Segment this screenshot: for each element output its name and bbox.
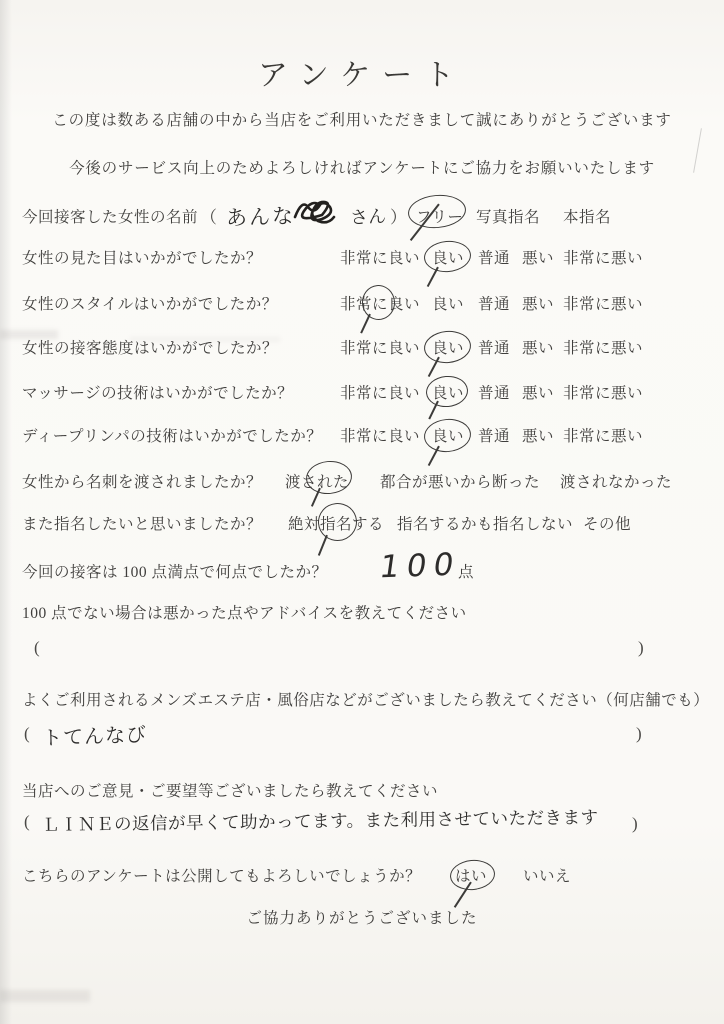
option-normal: 普通: [478, 336, 510, 358]
handwritten-shops: トてんなび: [42, 718, 148, 751]
question-label: 当店へのご意見・ご要望等ございましたら教えてください: [22, 779, 438, 801]
option-bad: 悪い: [522, 424, 554, 446]
option-good: 良い: [432, 292, 464, 314]
close-paren: ): [632, 814, 638, 834]
option-no-nominate: 指名しない: [493, 512, 573, 534]
option-very-good: 非常に良い: [340, 292, 420, 314]
option-good: 良い: [432, 424, 464, 446]
option-normal: 普通: [478, 292, 510, 314]
question-label: 今回接客した女性の名前: [22, 205, 198, 227]
rating-row-deep-lymph: ディープリンパの技術はいかがでしたか？ 非常に良い 良い 普通 悪い 非常に悪い: [0, 424, 724, 448]
question-label: マッサージの技術はいかがでしたか？: [22, 381, 293, 403]
option-definitely-nominate: 絶対指名する: [288, 512, 384, 534]
option-normal: 普通: [478, 381, 510, 403]
scan-smudge: [0, 990, 90, 1002]
question-label: 今回の接客は 100 点満点で何点でしたか？: [22, 560, 328, 582]
rating-row-attitude: 女性の接客態度はいかがでしたか？ 非常に良い 良い 普通 悪い 非常に悪い: [0, 336, 724, 360]
option-good: 良い: [432, 336, 464, 358]
handwritten-score: 100: [377, 547, 463, 586]
close-paren: ): [636, 724, 642, 744]
question-label: また指名したいと思いましたか？: [22, 512, 262, 534]
option-photo-nomination: 写真指名: [476, 205, 540, 227]
question-label: 100 点でない場合は悪かった点やアドバイスを教えてください: [22, 601, 467, 623]
question-label: 女性から名刺を渡されましたか？: [22, 470, 262, 492]
open-paren: （: [200, 203, 218, 228]
option-received: 渡された: [285, 470, 349, 492]
option-very-good: 非常に良い: [340, 246, 420, 268]
option-very-bad: 非常に悪い: [563, 292, 643, 314]
option-very-good: 非常に良い: [340, 336, 420, 358]
rebook-row: また指名したいと思いましたか？ 絶対指名する 指名するかも 指名しない その他: [0, 512, 724, 536]
publish-row: こちらのアンケートは公開してもよろしいでしょうか？ はい いいえ: [0, 864, 724, 888]
handwritten-name: あんな: [225, 200, 295, 232]
option-very-bad: 非常に悪い: [563, 246, 643, 268]
shops-label-row: よくご利用されるメンズエステ店・風俗店などがございましたら教えてください（何店舗…: [0, 688, 724, 712]
business-card-row: 女性から名刺を渡されましたか？ 渡された 都合が悪いから断った 渡されなかった: [0, 470, 724, 494]
option-bad: 悪い: [522, 381, 554, 403]
option-free: フリー: [416, 205, 463, 227]
question-label: よくご利用されるメンズエステ店・風俗店などがございましたら教えてください（何店舗…: [22, 688, 709, 710]
advice-label-row: 100 点でない場合は悪かった点やアドバイスを教えてください: [0, 601, 724, 625]
option-declined: 都合が悪いから断った: [380, 470, 540, 492]
question-label: 女性の接客態度はいかがでしたか？: [22, 336, 278, 358]
handwritten-feedback: ＬＩＮＥの返信が早くて助かってます。また利用させていただきます: [42, 804, 599, 837]
score-row: 今回の接客は 100 点満点で何点でしたか？ 100 点: [0, 560, 724, 584]
feedback-label-row: 当店へのご意見・ご要望等ございましたら教えてください: [0, 779, 724, 803]
page-title: アンケート: [0, 50, 724, 94]
pen-tail: [428, 446, 440, 466]
question-label: 女性のスタイルはいかがでしたか？: [22, 292, 278, 314]
rating-row-looks: 女性の見た目はいかがでしたか？ 非常に良い 良い 普通 悪い 非常に悪い: [0, 246, 724, 270]
option-other: その他: [583, 512, 631, 534]
rating-row-massage: マッサージの技術はいかがでしたか？ 非常に良い 良い 普通 悪い 非常に悪い: [0, 381, 724, 405]
option-no: いいえ: [523, 864, 571, 886]
option-very-bad: 非常に悪い: [563, 381, 643, 403]
open-paren: (: [24, 812, 30, 832]
open-paren: (: [24, 724, 30, 744]
close-paren: ): [638, 638, 644, 658]
survey-scan: アンケート この度は数ある店舗の中から当店をご利用いただきまして誠にありがとうご…: [0, 0, 724, 1024]
intro-line-1: この度は数ある店舗の中から当店をご利用いただきまして誠にありがとうございます: [0, 108, 724, 130]
closing-thanks: ご協力ありがとうございました: [0, 906, 724, 928]
option-bad: 悪い: [522, 246, 554, 268]
pen-tail: [360, 314, 370, 334]
feedback-answer-row: ( ＬＩＮＥの返信が早くて助かってます。また利用させていただきます ): [0, 808, 724, 832]
question-label: 女性の見た目はいかがでしたか？: [22, 246, 262, 268]
intro-line-2: 今後のサービス向上のためよろしければアンケートにご協力をお願いいたします: [0, 156, 724, 178]
question-label: こちらのアンケートは公開してもよろしいでしょうか？: [22, 864, 421, 886]
option-bad: 悪い: [522, 292, 554, 314]
question-label: ディープリンパの技術はいかがでしたか？: [22, 424, 322, 446]
pen-tail: [318, 535, 328, 556]
option-normal: 普通: [478, 246, 510, 268]
option-normal: 普通: [478, 424, 510, 446]
option-yes: はい: [455, 864, 487, 886]
score-unit: 点: [458, 560, 474, 582]
option-very-good: 非常に良い: [340, 424, 420, 446]
option-very-bad: 非常に悪い: [563, 336, 643, 358]
option-very-good: 非常に良い: [340, 381, 420, 403]
option-not-received: 渡されなかった: [560, 470, 672, 492]
advice-answer-row: ( ): [0, 638, 724, 662]
option-good: 良い: [432, 246, 464, 268]
option-bad: 悪い: [522, 336, 554, 358]
option-maybe-nominate: 指名するかも: [397, 512, 493, 534]
shops-answer-row: ( トてんなび ): [0, 722, 724, 746]
option-good: 良い: [432, 381, 464, 403]
handwritten-honorific: さん: [349, 202, 386, 230]
option-regular-nomination: 本指名: [563, 205, 611, 227]
option-very-bad: 非常に悪い: [563, 424, 643, 446]
open-paren: (: [34, 638, 40, 658]
rating-row-style: 女性のスタイルはいかがでしたか？ 非常に良い 良い 普通 悪い 非常に悪い: [0, 292, 724, 316]
close-paren: ）: [390, 203, 408, 228]
